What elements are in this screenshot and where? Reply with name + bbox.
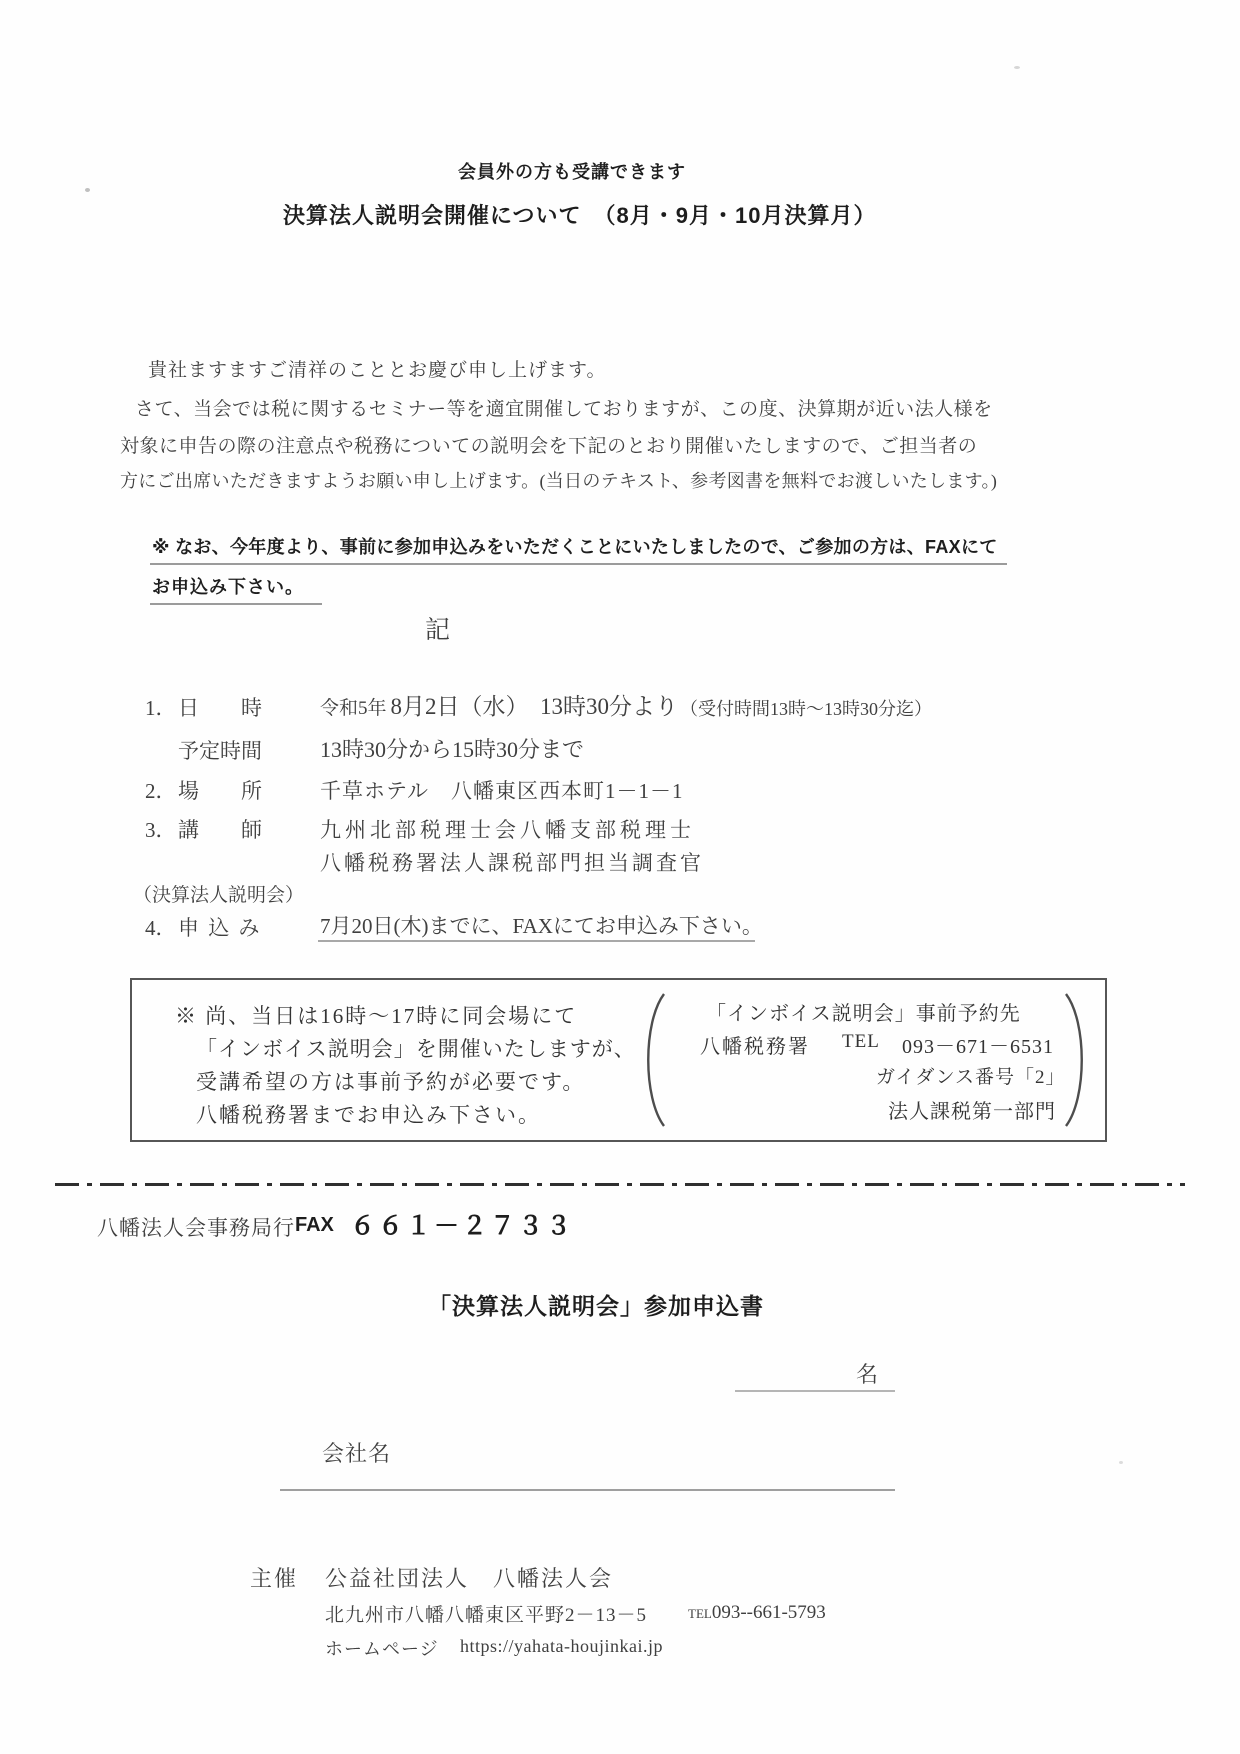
company-field-line xyxy=(280,1489,895,1491)
schedule-item-1-era: 令和5年 xyxy=(320,698,387,719)
scan-speck xyxy=(85,188,90,192)
invoice-reservation-title: 「インボイス説明会」事前予約先 xyxy=(706,997,1021,1026)
schedule-item-1-time-label: 予定時間 xyxy=(178,735,262,765)
pre-registration-notice-line-1: ※ なお、今年度より、事前に参加申込みをいただくことにいたしましたので、ご参加の… xyxy=(152,533,998,559)
notice-underline-1 xyxy=(150,563,1007,565)
schedule-item-2-label: 場 所 xyxy=(178,775,262,805)
invoice-box-note-line-4: 八幡税務署までお申込み下さい。 xyxy=(196,1099,541,1129)
record-mark: 記 xyxy=(425,610,450,646)
document-title: 決算法人説明会開催について （8月・9月・10月決算月） xyxy=(283,199,877,230)
supertitle-heading: 会員外の方も受講できます xyxy=(458,158,686,184)
schedule-item-4-pre-label: （決算法人説明会） xyxy=(133,880,304,907)
schedule-item-4-label: 申 込 み xyxy=(178,912,262,942)
invoice-box-note-line-1: ※ 尚、当日は16時～17時に同会場にて xyxy=(175,1000,577,1030)
department-name: 法人課税第一部門 xyxy=(888,1095,1056,1124)
pre-registration-notice-line-2: お申込み下さい。 xyxy=(152,573,304,599)
homepage-label: ホームページ xyxy=(325,1635,439,1661)
fax-number: ６６１－２７３３ xyxy=(350,1206,574,1242)
left-parenthesis-bracket xyxy=(638,990,668,1130)
schedule-item-4-underline xyxy=(318,940,755,942)
organizer-tel-number: 093--661-5793 xyxy=(712,1602,826,1623)
schedule-item-4-value: 7月20日(木)までに、FAXにてお申込み下さい。 xyxy=(320,910,763,940)
scan-speck xyxy=(1119,1461,1123,1464)
homepage-url: https://yahata-houjinkai.jp xyxy=(460,1636,663,1657)
schedule-item-3-number: 3． xyxy=(145,814,177,844)
schedule-item-1-time-value: 13時30分から15時30分まで xyxy=(320,733,584,764)
intro-line-3: 対象に申告の際の注意点や税務についての説明会を下記のとおり開催いたしますので、ご… xyxy=(120,431,977,458)
schedule-item-3-label: 講 師 xyxy=(178,814,262,844)
fax-recipient: 八幡法人会事務局行 xyxy=(97,1212,295,1242)
schedule-item-2-value: 千草ホテル 八幡東区西本町1－1－1 xyxy=(320,775,683,805)
guidance-number-note: ガイダンス番号「2」 xyxy=(876,1062,1066,1089)
schedule-item-3-lecturer-2: 八幡税務署法人課税部門担当調査官 xyxy=(320,847,704,877)
intro-line-1: 貴社ますますご清祥のこととお慶び申し上げます。 xyxy=(148,355,606,382)
invoice-box-note-line-3: 受講希望の方は事前予約が必要です。 xyxy=(196,1066,585,1096)
schedule-item-1-number: 1． xyxy=(145,692,177,722)
schedule-item-1-note: （受付時間13時～13時30分迄） xyxy=(680,695,932,721)
schedule-item-1-label: 日 時 xyxy=(178,692,262,722)
schedule-item-4-number: 4． xyxy=(145,912,177,942)
schedule-item-1-datetime: 8月2日（水） 13時30分より xyxy=(391,694,679,719)
organizer-address: 北九州市八幡八幡東区平野2－13－5 xyxy=(325,1600,647,1627)
application-form-title: 「決算法人説明会」参加申込書 xyxy=(428,1288,764,1321)
intro-line-2: さて、当会では税に関するセミナー等を適宜開催しておりますが、この度、決算期が近い… xyxy=(135,394,993,421)
tax-office-tel-label: TEL xyxy=(842,1031,880,1053)
notice-underline-2 xyxy=(150,603,322,605)
right-parenthesis-bracket xyxy=(1062,990,1092,1130)
company-field-label: 会社名 xyxy=(322,1437,391,1468)
schedule-item-3-lecturer-1: 九州北部税理士会八幡支部税理士 xyxy=(320,814,695,844)
invoice-box-note-line-2: 「インボイス説明会」を開催いたしますが、 xyxy=(196,1033,636,1063)
intro-line-4: 方にご出席いただきますようお願い申し上げます。(当日のテキスト、参考図書を無料で… xyxy=(120,467,997,493)
schedule-item-2-number: 2． xyxy=(145,775,177,805)
name-field-label: 名 xyxy=(856,1358,878,1389)
scan-speck xyxy=(1014,66,1020,69)
organizer-tel: TEL093--661-5793 xyxy=(688,1602,826,1624)
scanned-document-page: 会員外の方も受講できます 決算法人説明会開催について （8月・9月・10月決算月… xyxy=(0,0,1240,1754)
organizer-label: 主催 xyxy=(250,1562,298,1593)
organizer-tel-label: TEL xyxy=(688,1606,712,1621)
schedule-item-1-value: 令和5年 8月2日（水） 13時30分より xyxy=(320,688,678,721)
tax-office-tel-number: 093－671－6531 xyxy=(902,1030,1054,1059)
tax-office-name: 八幡税務署 xyxy=(700,1030,810,1059)
name-field-line xyxy=(735,1390,895,1392)
fax-cut-line xyxy=(55,1183,1185,1186)
organizer-name: 公益社団法人 八幡法人会 xyxy=(325,1562,613,1593)
fax-label: FAX xyxy=(295,1214,334,1237)
